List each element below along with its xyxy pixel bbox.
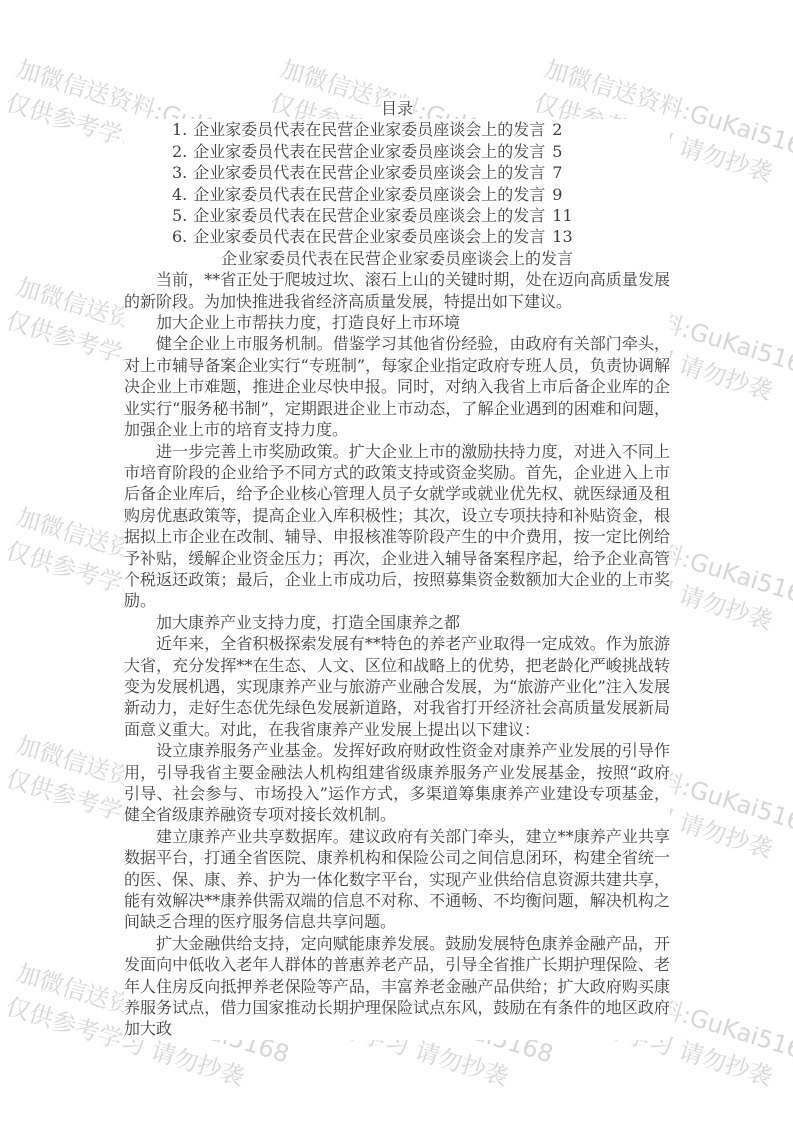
paragraph: 当前，**省正处于爬坡过坎、滚石上山的关键时期，处在迈向高质量发展的新阶段。为加… (124, 269, 670, 312)
toc-item-page: 11 (552, 206, 572, 225)
toc-list: 1.企业家委员代表在民营企业家委员座谈会上的发言2 2.企业家委员代表在民营企业… (124, 119, 670, 247)
toc-item-title: 企业家委员代表在民营企业家委员座谈会上的发言 (193, 227, 545, 246)
toc-item-title: 企业家委员代表在民营企业家委员座谈会上的发言 (193, 206, 545, 225)
toc-item-page: 13 (552, 227, 572, 246)
toc-item-number: 2. (172, 142, 187, 161)
toc-item: 6.企业家委员代表在民营企业家委员座谈会上的发言13 (172, 226, 670, 247)
paragraph-subheading: 加大康养产业支持力度，打造全国康养之都 (124, 612, 670, 633)
toc-item-page: 9 (552, 185, 562, 204)
toc-title-row: 目录 (124, 98, 670, 119)
toc-item-number: 1. (172, 120, 187, 139)
toc-item-page: 2 (552, 120, 562, 139)
toc-item-number: 4. (172, 185, 187, 204)
toc-item: 3.企业家委员代表在民营企业家委员座谈会上的发言7 (172, 162, 670, 183)
toc-item-page: 7 (552, 163, 562, 182)
paragraph-subheading: 加大企业上市帮扶力度，打造良好上市环境 (124, 312, 670, 333)
toc-item-number: 6. (172, 227, 187, 246)
toc-item-title: 企业家委员代表在民营企业家委员座谈会上的发言 (193, 120, 545, 139)
paragraph: 进一步完善上市奖励政策。扩大企业上市的激励扶持力度，对进入不同上市培育阶段的企业… (124, 441, 670, 612)
toc-item-title: 企业家委员代表在民营企业家委员座谈会上的发言 (193, 185, 545, 204)
toc-item-page: 5 (552, 142, 562, 161)
toc-item: 5.企业家委员代表在民营企业家委员座谈会上的发言11 (172, 205, 670, 226)
toc-item: 4.企业家委员代表在民营企业家委员座谈会上的发言9 (172, 184, 670, 205)
toc-item-number: 5. (172, 206, 187, 225)
toc-item: 2.企业家委员代表在民营企业家委员座谈会上的发言5 (172, 141, 670, 162)
section-heading: 企业家委员代表在民营企业家委员座谈会上的发言 (221, 248, 573, 269)
toc-item-title: 企业家委员代表在民营企业家委员座谈会上的发言 (193, 142, 545, 161)
toc-item-title: 企业家委员代表在民营企业家委员座谈会上的发言 (193, 163, 545, 182)
paragraph: 设立康养服务产业基金。发挥好政府财政性资金对康养产业发展的引导作用，引导我省主要… (124, 740, 670, 826)
paragraph: 近年来，全省积极探索发展有**特色的养老产业取得一定成效。作为旅游大省，充分发挥… (124, 633, 670, 740)
document-page: 加微信送资料:GuKai5168仅供参考学习 请勿抄袭加微信送资料:GuKai5… (0, 0, 793, 1122)
paragraph: 健全企业上市服务机制。借鉴学习其他省份经验，由政府有关部门牵头，对上市辅导备案企… (124, 333, 670, 440)
document-body: 当前，**省正处于爬坡过坎、滚石上山的关键时期，处在迈向高质量发展的新阶段。为加… (124, 269, 670, 1040)
toc-title: 目录 (381, 98, 413, 119)
page-content: 目录 1.企业家委员代表在民营企业家委员座谈会上的发言2 2.企业家委员代表在民… (124, 98, 670, 1040)
paragraph: 建立康养产业共享数据库。建议政府有关部门牵头，建立**康养产业共享数据平台，打通… (124, 826, 670, 933)
paragraph: 扩大金融供给支持，定向赋能康养发展。鼓励发展特色康养金融产品，开发面向中低收入老… (124, 933, 670, 1040)
toc-item-number: 3. (172, 163, 187, 182)
toc-item: 1.企业家委员代表在民营企业家委员座谈会上的发言2 (172, 119, 670, 140)
section-heading-row: 企业家委员代表在民营企业家委员座谈会上的发言 (124, 248, 670, 269)
